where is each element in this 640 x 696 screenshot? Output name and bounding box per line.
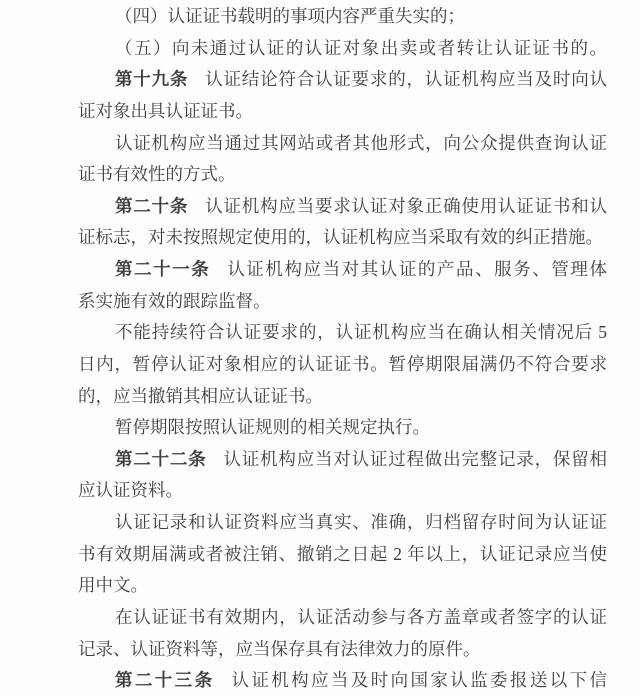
text-line: 认证机构应当通过其网站或者其他形式，向公众提供查询认证: [78, 128, 607, 160]
line-text: （四）认证证书载明的事项内容严重失实的；: [115, 6, 465, 26]
line-text: 认证结论符合认证要求的，认证机构应当及时向认: [205, 69, 607, 89]
text-line: 用中文。: [78, 570, 607, 602]
text-line: 证标志，对未按照规定使用的，认证机构应当采取有效的纠正措施。: [78, 222, 607, 254]
line-text: 的，应当撤销其相应认证证书。: [78, 386, 323, 406]
text-line: 应认证资料。: [78, 475, 607, 507]
line-text: 系实施有效的跟踪监督。: [78, 291, 271, 311]
line-text: 认证机构应当要求认证对象正确使用认证证书和认: [205, 196, 607, 216]
text-line: 第十九条认证结论符合认证要求的，认证机构应当及时向认: [78, 64, 607, 96]
line-text: 书有效期届满或者被注销、撤销之日起 2 年以上，认证记录应当使: [78, 544, 607, 564]
text-line: 系实施有效的跟踪监督。: [78, 286, 607, 318]
text-line: 第二十一条认证机构应当对其认证的产品、服务、管理体: [78, 254, 607, 286]
text-line: 暂停期限按照认证规则的相关规定执行。: [78, 412, 607, 444]
line-text: 记录、认证资料等，应当保存具有法律效力的原件。: [78, 639, 481, 659]
text-line: 第二十条认证机构应当要求认证对象正确使用认证证书和认: [78, 191, 607, 223]
line-text: 不能持续符合认证要求的，认证机构应当在确认相关情况后 5: [115, 322, 607, 342]
line-text: 在认证证书有效期内，认证活动参与各方盖章或者签字的认证: [115, 607, 607, 627]
article-number: 第二十条: [115, 196, 188, 216]
text-line: 不能持续符合认证要求的，认证机构应当在确认相关情况后 5: [78, 317, 607, 349]
text-line: 证对象出具认证证书。: [78, 96, 607, 128]
text-line: 认证记录和认证资料应当真实、准确，归档留存时间为认证证: [78, 507, 607, 539]
line-text: 认证机构应当通过其网站或者其他形式，向公众提供查询认证: [115, 133, 607, 153]
line-text: 暂停期限按照认证规则的相关规定执行。: [115, 417, 430, 437]
line-text: 认证记录和认证资料应当真实、准确，归档留存时间为认证证: [115, 512, 607, 532]
document-page: （四）认证证书载明的事项内容严重失实的； （五）向未通过认证的认证对象出卖或者转…: [0, 0, 640, 696]
line-text: 证对象出具认证证书。: [78, 101, 253, 121]
text-line: 书有效期届满或者被注销、撤销之日起 2 年以上，认证记录应当使: [78, 539, 607, 571]
article-number: 第二十三条: [115, 670, 214, 690]
article-number: 第二十二条: [115, 449, 207, 469]
line-text: 认证机构应当及时向国家认监委报送以下信: [231, 670, 607, 690]
line-text: 证书有效性的方式。: [78, 164, 236, 184]
text-line: 第二十三条认证机构应当及时向国家认监委报送以下信: [78, 665, 607, 696]
article-number: 第二十一条: [115, 259, 210, 279]
text-line: 证书有效性的方式。: [78, 159, 607, 191]
text-line: 在认证证书有效期内，认证活动参与各方盖章或者签字的认证: [78, 602, 607, 634]
line-text: 认证机构应当对其认证的产品、服务、管理体: [227, 259, 607, 279]
line-text: 认证机构应当对认证过程做出完整记录，保留相: [224, 449, 608, 469]
text-line: 第二十二条认证机构应当对认证过程做出完整记录，保留相: [78, 444, 607, 476]
text-line: 的，应当撤销其相应认证证书。: [78, 381, 607, 413]
text-line: （五）向未通过认证的认证对象出卖或者转让认证证书的。: [78, 33, 607, 65]
line-text: 日内，暂停认证对象相应的认证证书。暂停期限届满仍不符合要求: [78, 354, 607, 374]
line-text: 应认证资料。: [78, 480, 183, 500]
text-line: 记录、认证资料等，应当保存具有法律效力的原件。: [78, 634, 607, 666]
text-line: 日内，暂停认证对象相应的认证证书。暂停期限届满仍不符合要求: [78, 349, 607, 381]
line-text: （五）向未通过认证的认证对象出卖或者转让认证证书的。: [115, 38, 607, 58]
article-number: 第十九条: [115, 69, 188, 89]
text-line: （四）认证证书载明的事项内容严重失实的；: [78, 1, 607, 33]
line-text: 用中文。: [78, 575, 148, 595]
line-text: 证标志，对未按照规定使用的，认证机构应当采取有效的纠正措施。: [78, 227, 603, 247]
